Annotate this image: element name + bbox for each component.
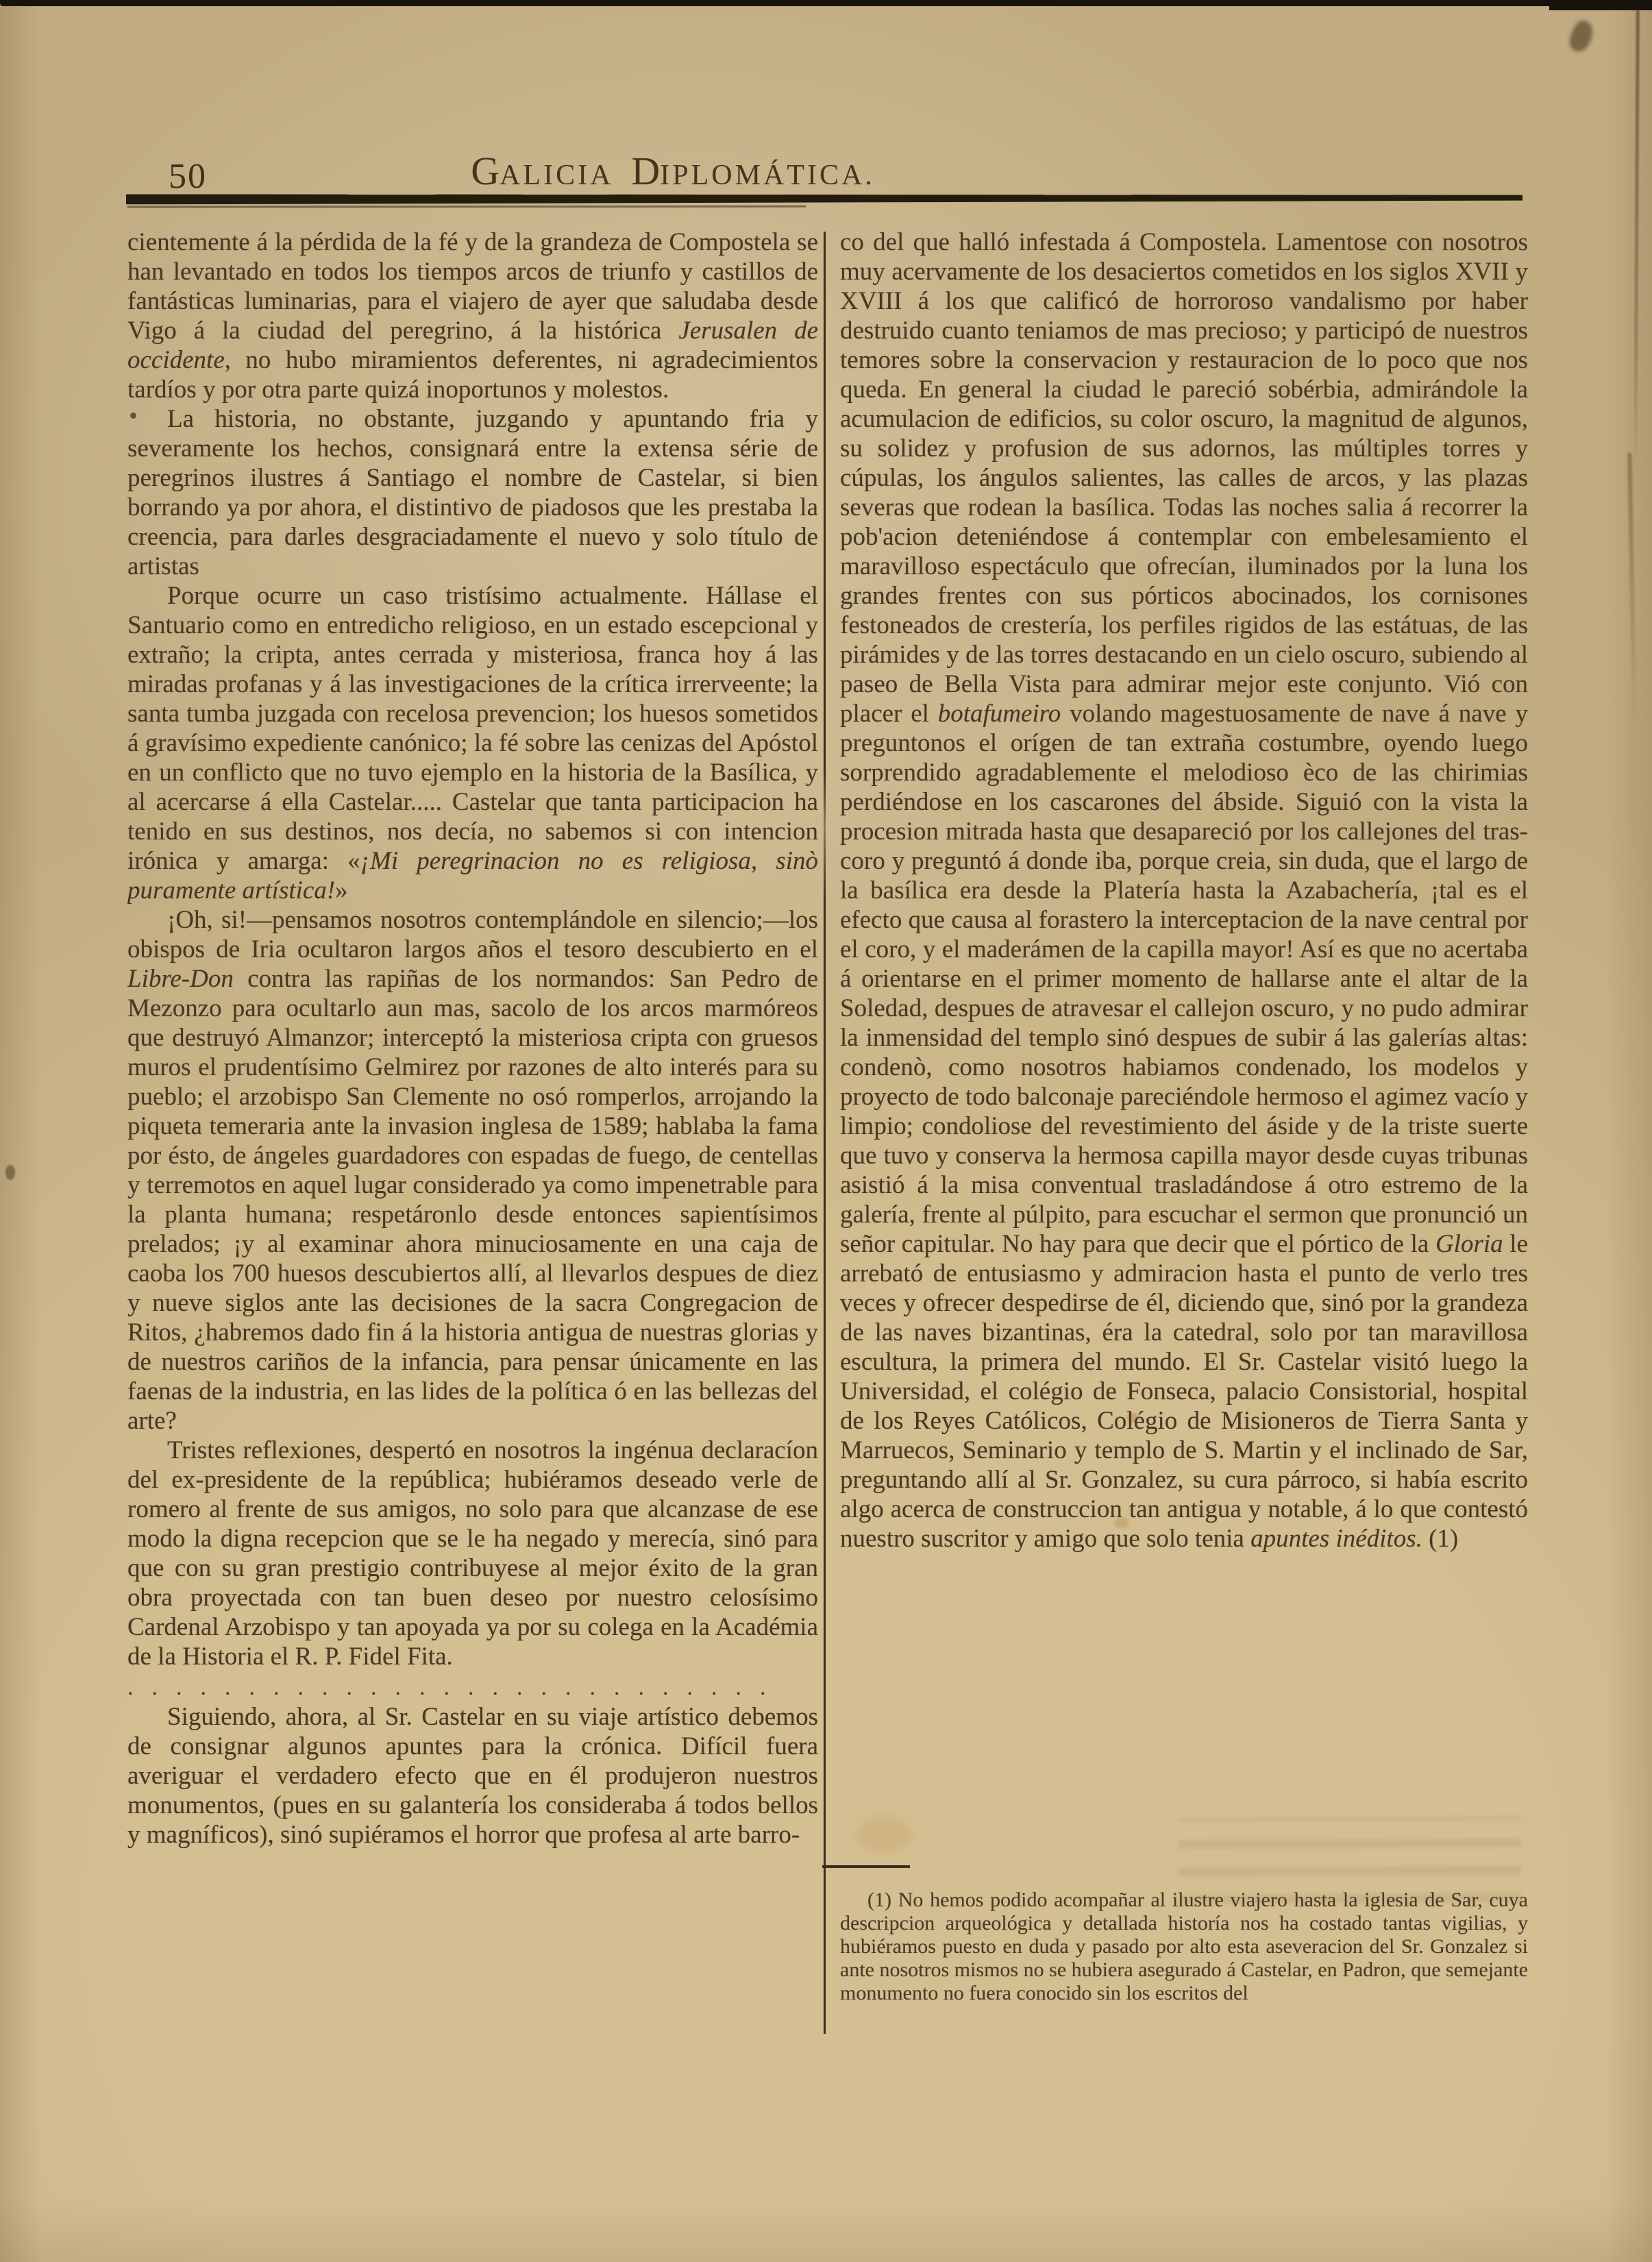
dotted-separator: ........................... xyxy=(127,1673,818,1702)
masthead-initial: D xyxy=(631,149,660,193)
left-column: cientemente á la pérdida de la fé y de l… xyxy=(127,228,818,2042)
text-run: le arrebató de entusiasmo y admiracion h… xyxy=(840,1230,1528,1553)
text-run: (1) xyxy=(1422,1525,1458,1553)
text-run: contra las rapiñas de los normandos: San… xyxy=(127,965,818,1435)
footnote-text: (1) No hemos podido acompañar al ilustre… xyxy=(840,1889,1528,2005)
text-run: co del que halló infestada á Compostela.… xyxy=(840,228,1528,728)
paragraph: Porque ocurre un caso tristísimo actualm… xyxy=(127,581,818,905)
italic-text-run: apuntes inéditos. xyxy=(1250,1525,1422,1553)
text-run: , no hubo miramientos deferentes, ni agr… xyxy=(127,346,818,404)
paragraph: cientemente á la pérdida de la fé y de l… xyxy=(127,228,818,404)
scanned-newspaper-page: 50 GaliciaDiplomática. cientemente á la … xyxy=(0,0,1652,2262)
masthead-smallcaps: iplomática. xyxy=(660,160,875,191)
paragraph: Tristes reflexiones, despertó en nosotro… xyxy=(127,1436,818,1671)
header-rule-thin xyxy=(127,206,806,208)
paragraph: ¡Oh, si!—pensamos nosotros contemplándol… xyxy=(127,905,818,1436)
text-run: volando magestuosamente de nave á nave y… xyxy=(840,700,1528,1258)
footnote: (1) No hemos podido acompañar al ilustre… xyxy=(840,1889,1528,2042)
text-run: Porque ocurre un caso tristísimo actualm… xyxy=(127,582,818,875)
italic-text-run: Gloria xyxy=(1435,1230,1503,1258)
ink-blotch xyxy=(1566,18,1597,55)
header-rule xyxy=(126,193,1522,205)
paragraph: La historia, no obstante, juzgando y apu… xyxy=(127,404,818,581)
text-run: Tristes reflexiones, despertó en nosotro… xyxy=(127,1436,818,1671)
text-run: La historia, no obstante, juzgando y apu… xyxy=(127,405,818,580)
text-run: ¡Oh, si!—pensamos nosotros contemplándol… xyxy=(127,906,818,963)
italic-text-run: Libre-Don xyxy=(127,965,234,993)
masthead-smallcaps: alicia xyxy=(500,160,613,191)
masthead-title: GaliciaDiplomática. xyxy=(471,148,875,194)
paragraph: co del que halló infestada á Compostela.… xyxy=(840,228,1528,1553)
paragraph: Siguiendo, ahora, al Sr. Castelar en su … xyxy=(127,1702,818,1849)
right-column: co del que halló infestada á Compostela.… xyxy=(840,228,1528,1839)
text-run: » xyxy=(335,876,348,905)
scan-top-right-edge-shadow xyxy=(1549,0,1652,10)
page-crease xyxy=(1633,10,1640,476)
column-divider-rule xyxy=(824,232,826,2034)
page-crease-lower xyxy=(1627,452,1636,740)
scan-top-edge-shadow xyxy=(0,0,1652,6)
ink-speck xyxy=(5,1165,15,1180)
masthead-initial: G xyxy=(471,149,500,193)
text-run: Siguiendo, ahora, al Sr. Castelar en su … xyxy=(127,1703,818,1849)
footnote-rule xyxy=(822,1865,910,1868)
italic-text-run: botafumeiro xyxy=(938,700,1061,728)
page-number: 50 xyxy=(169,156,207,197)
